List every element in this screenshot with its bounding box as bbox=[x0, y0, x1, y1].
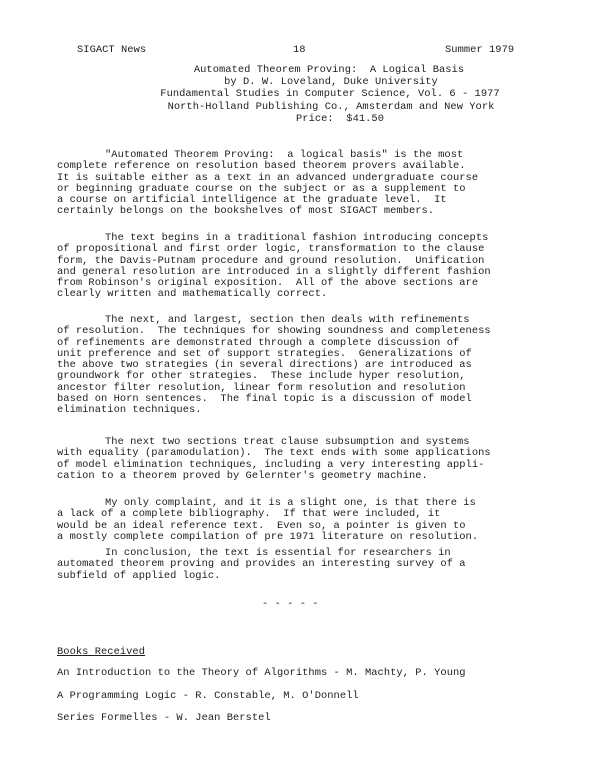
book-entry: An Introduction to the Theory of Algorit… bbox=[57, 667, 577, 679]
review-paragraph: The text begins in a traditional fashion… bbox=[57, 233, 577, 301]
newsletter-name: SIGACT News bbox=[77, 44, 146, 56]
review-title-block: Automated Theorem Proving: A Logical Bas… bbox=[60, 64, 540, 125]
book-entry: A Programming Logic - R. Constable, M. O… bbox=[57, 690, 577, 702]
review-paragraph: In conclusion, the text is essential for… bbox=[57, 548, 577, 582]
books-received-section: Books Received An Introduction to the Th… bbox=[57, 646, 577, 735]
book-publisher: North-Holland Publishing Co., Amsterdam … bbox=[60, 101, 540, 113]
book-author: by D. W. Loveland, Duke University bbox=[60, 76, 540, 88]
text-line: with equality (paramodulation). The text… bbox=[57, 448, 577, 459]
book-series: Fundamental Studies in Computer Science,… bbox=[60, 88, 540, 100]
text-line: a mostly complete compilation of pre 197… bbox=[57, 532, 577, 543]
text-line: elimination techniques. bbox=[57, 405, 577, 416]
text-line: subfield of applied logic. bbox=[57, 571, 577, 582]
book-entry: Series Formelles - W. Jean Berstel bbox=[57, 712, 577, 724]
books-received-heading: Books Received bbox=[57, 646, 577, 658]
text-line: of propositional and first order logic, … bbox=[57, 244, 577, 255]
book-title: Automated Theorem Proving: A Logical Bas… bbox=[60, 64, 540, 76]
review-paragraph: My only complaint, and it is a slight on… bbox=[57, 498, 577, 543]
review-paragraph: The next, and largest, section then deal… bbox=[57, 315, 577, 417]
text-line: certainly belongs on the bookshelves of … bbox=[57, 206, 577, 217]
text-line: automated theorem proving and provides a… bbox=[57, 559, 577, 570]
text-line: clearly written and mathematically corre… bbox=[57, 289, 577, 300]
book-price: Price: $41.50 bbox=[60, 113, 540, 125]
document-page: SIGACT News 18 Summer 1979 Automated The… bbox=[0, 0, 600, 776]
issue-date: Summer 1979 bbox=[445, 44, 514, 56]
review-paragraph: "Automated Theorem Proving: a logical ba… bbox=[57, 150, 577, 218]
page-number: 18 bbox=[293, 44, 306, 56]
review-paragraph: The next two sections treat clause subsu… bbox=[57, 437, 577, 482]
text-line: complete reference on resolution based t… bbox=[57, 161, 577, 172]
section-separator: - - - - - bbox=[262, 598, 319, 610]
text-line: a lack of a complete bibliography. If th… bbox=[57, 509, 577, 520]
page-header: SIGACT News 18 Summer 1979 bbox=[0, 44, 600, 58]
text-line: cation to a theorem proved by Gelernter'… bbox=[57, 471, 577, 482]
text-line: of resolution. The techniques for showin… bbox=[57, 326, 577, 337]
